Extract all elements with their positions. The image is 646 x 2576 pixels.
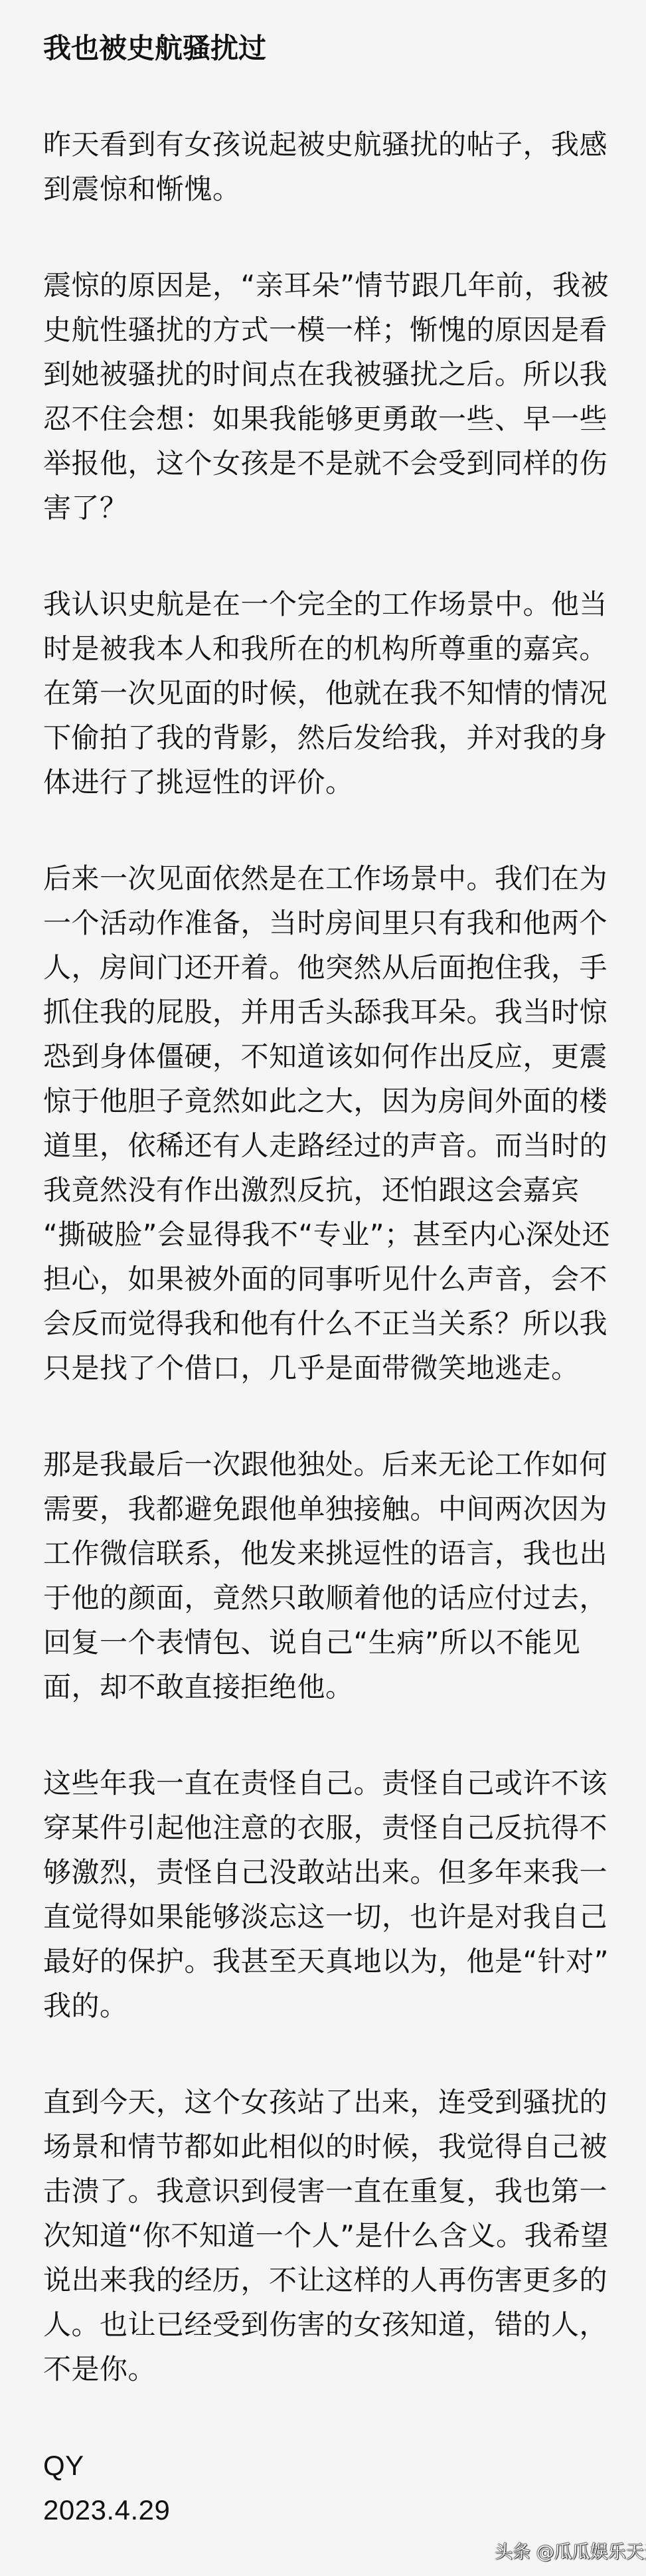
text-line: 面，却不敢直接拒绝他。 — [43, 1665, 627, 1709]
text-line: 我的。 — [43, 1983, 627, 2028]
text-line: 震惊的原因是，“亲耳朵”情节跟几年前，我被 — [43, 263, 627, 308]
paragraph-5: 那是我最后一次跟他独处。后来无论工作如何 需要，我都避免跟他单独接触。中间两次因… — [43, 1442, 627, 1709]
text-line: 我竟然没有作出激烈反抗，还怕跟这会嘉宾 — [43, 1168, 627, 1212]
text-line: 不是你。 — [43, 2347, 627, 2391]
text-line: 这些年我一直在责怪自己。责怪自己或许不该 — [43, 1761, 627, 1805]
paragraph-6: 这些年我一直在责怪自己。责怪自己或许不该 穿某件引起他注意的衣服，责怪自己反抗得… — [43, 1761, 627, 2028]
text-line: 体进行了挑逗性的评价。 — [43, 760, 627, 804]
paragraph-4: 后来一次见面依然是在工作场景中。我们在为 一个活动作准备，当时房间里只有我和他两… — [43, 856, 627, 1390]
text-line: 回复一个表情包、说自己“生病”所以不能见 — [43, 1620, 627, 1665]
text-line: 到她被骚扰的时间点在我被骚扰之后。所以我 — [43, 352, 627, 397]
text-line: 击溃了。我意识到侵害一直在重复，我也第一 — [43, 2169, 627, 2213]
text-line: “撕破脸”会显得我不“专业”；甚至内心深处还 — [43, 1212, 627, 1257]
text-line: 那是我最后一次跟他独处。后来无论工作如何 — [43, 1442, 627, 1487]
text-line: 举报他，这个女孩是不是就不会受到同样的伤 — [43, 441, 627, 486]
text-line: 昨天看到有女孩说起被史航骚扰的帖子，我感 — [43, 122, 627, 167]
text-line: 次知道“你不知道一个人”是什么含义。我希望 — [43, 2213, 627, 2258]
text-line: 害了？ — [43, 486, 627, 530]
paragraph-3: 我认识史航是在一个完全的工作场景中。他当 时是被我本人和我所在的机构所尊重的嘉宾… — [43, 582, 627, 804]
text-line: 恐到身体僵硬，不知道该如何作出反应，更震 — [43, 1034, 627, 1079]
paragraph-7: 直到今天，这个女孩站了出来，连受到骚扰的 场景和情节都如此相似的时候，我觉得自己… — [43, 2080, 627, 2391]
document-title: 我也被史航骚扰过 — [43, 26, 627, 70]
text-line: 最好的保护。我甚至天真地以为，他是“针对” — [43, 1939, 627, 1983]
text-line: 史航性骚扰的方式一模一样；惭愧的原因是看 — [43, 308, 627, 352]
text-line: 后来一次见面依然是在工作场景中。我们在为 — [43, 856, 627, 901]
text-line: 于他的颜面，竟然只敢顺着他的话应付过去， — [43, 1576, 627, 1620]
text-line: 只是找了个借口，几乎是面带微笑地逃走。 — [43, 1346, 627, 1390]
text-line: 在第一次见面的时候，他就在我不知情的情况 — [43, 671, 627, 715]
text-line: 说出来我的经历，不让这样的人再伤害更多的 — [43, 2258, 627, 2302]
text-line: 会反而觉得我和他有什么不正当关系？所以我 — [43, 1301, 627, 1346]
text-line: 直觉得如果能够淡忘这一切，也许是对我自己 — [43, 1894, 627, 1939]
paragraph-2: 震惊的原因是，“亲耳朵”情节跟几年前，我被 史航性骚扰的方式一模一样；惭愧的原因… — [43, 263, 627, 530]
text-line: 穿某件引起他注意的衣服，责怪自己反抗得不 — [43, 1805, 627, 1850]
text-line: 担心，如果被外面的同事听见什么声音，会不 — [43, 1257, 627, 1301]
signature-name: QY — [43, 2443, 627, 2488]
source-watermark: 头条 @瓜瓜娱乐天天看 — [495, 2541, 646, 2564]
text-line: 人。也让已经受到伤害的女孩知道，错的人， — [43, 2302, 627, 2347]
text-line: 够激烈，责怪自己没敢站出来。但多年来我一 — [43, 1850, 627, 1894]
text-line: 人，房间门还开着。他突然从后面抱住我，手 — [43, 945, 627, 990]
document-page: 我也被史航骚扰过 昨天看到有女孩说起被史航骚扰的帖子，我感 到震惊和惭愧。 震惊… — [43, 26, 627, 2532]
text-line: 下偷拍了我的背影，然后发给我，并对我的身 — [43, 715, 627, 760]
signature-date: 2023.4.29 — [43, 2488, 627, 2532]
signature-block: QY 2023.4.29 — [43, 2443, 627, 2532]
paragraph-1: 昨天看到有女孩说起被史航骚扰的帖子，我感 到震惊和惭愧。 — [43, 122, 627, 211]
text-line: 一个活动作准备，当时房间里只有我和他两个 — [43, 901, 627, 945]
text-line: 需要，我都避免跟他单独接触。中间两次因为 — [43, 1487, 627, 1531]
text-line: 时是被我本人和我所在的机构所尊重的嘉宾。 — [43, 626, 627, 671]
text-line: 我认识史航是在一个完全的工作场景中。他当 — [43, 582, 627, 626]
text-line: 道里，依稀还有人走路经过的声音。而当时的 — [43, 1123, 627, 1168]
text-line: 抓住我的屁股，并用舌头舔我耳朵。我当时惊 — [43, 990, 627, 1034]
text-line: 场景和情节都如此相似的时候，我觉得自己被 — [43, 2124, 627, 2169]
text-line: 到震惊和惭愧。 — [43, 167, 627, 211]
text-line: 忍不住会想：如果我能够更勇敢一些、早一些 — [43, 397, 627, 441]
text-line: 直到今天，这个女孩站了出来，连受到骚扰的 — [43, 2080, 627, 2124]
text-line: 工作微信联系，他发来挑逗性的语言，我也出 — [43, 1531, 627, 1576]
text-line: 惊于他胆子竟然如此之大，因为房间外面的楼 — [43, 1079, 627, 1123]
